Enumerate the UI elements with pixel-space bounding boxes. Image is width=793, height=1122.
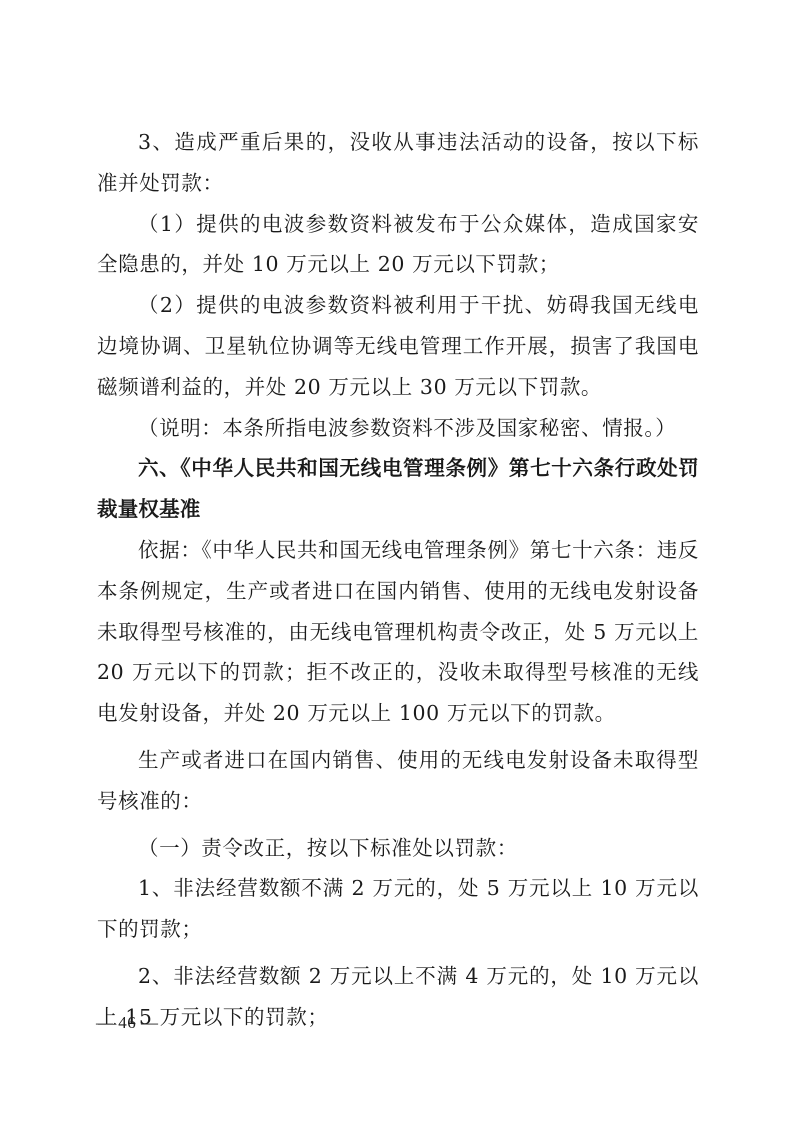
- paragraph-tier-1: 1、非法经营数额不满 2 万元的，处 5 万元以上 10 万元以下的罚款；: [97, 868, 699, 950]
- paragraph-tier-2: 2、非法经营数额 2 万元以上不满 4 万元的，处 10 万元以上 15 万元以…: [97, 956, 699, 1038]
- paragraph-condition: 生产或者进口在国内销售、使用的无线电发射设备未取得型号核准的：: [97, 740, 699, 822]
- paragraph-basis: 依据：《中华人民共和国无线电管理条例》第七十六条：违反本条例规定，生产或者进口在…: [97, 530, 699, 734]
- section-heading: 六、《中华人民共和国无线电管理条例》第七十六条行政处罚裁量权基准: [97, 448, 699, 530]
- paragraph-subitem-2: （2）提供的电波参数资料被利用于干扰、妨碍我国无线电边境协调、卫星轨位协调等无线…: [97, 285, 699, 407]
- paragraph-item-3: 3、造成严重后果的，没收从事违法活动的设备，按以下标准并处罚款：: [97, 122, 699, 204]
- paragraph-penalty-intro: （一）责令改正，按以下标准处以罚款：: [97, 828, 699, 869]
- paragraph-subitem-1: （1）提供的电波参数资料被发布于公众媒体，造成国家安全隐患的，并处 10 万元以…: [97, 204, 699, 286]
- paragraph-note: （说明：本条所指电波参数资料不涉及国家秘密、情报。）: [97, 408, 699, 449]
- page-number: — 46 —: [96, 1013, 159, 1033]
- document-page: 3、造成严重后果的，没收从事违法活动的设备，按以下标准并处罚款： （1）提供的电…: [97, 122, 699, 1038]
